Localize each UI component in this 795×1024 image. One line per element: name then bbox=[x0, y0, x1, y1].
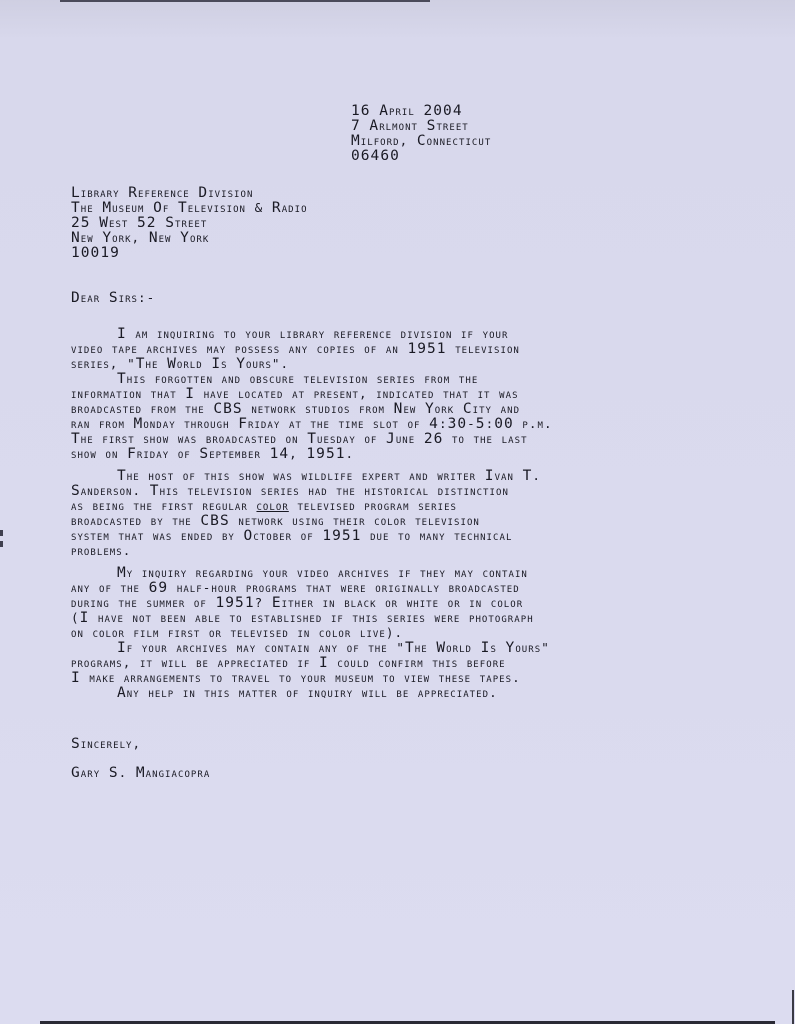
sender-city-state: Milford, Connecticut bbox=[351, 133, 491, 149]
underlined-word: color bbox=[256, 498, 288, 513]
body-line: ran from Monday through Friday at the ti… bbox=[71, 416, 553, 432]
recipient-line: 25 West 52 Street bbox=[71, 215, 207, 231]
recipient-line: 10019 bbox=[71, 245, 120, 261]
body-line: Any help in this matter of inquiry will … bbox=[117, 685, 498, 701]
signature-name: Gary S. Mangiacopra bbox=[71, 765, 210, 781]
body-line: series, "The World Is Yours". bbox=[71, 356, 289, 372]
sender-zip: 06460 bbox=[351, 148, 400, 164]
body-line: My inquiry regarding your video archives… bbox=[117, 565, 528, 581]
letter-page: 16 April 2004 7 Arlmont Street Milford, … bbox=[0, 0, 795, 1024]
body-text: televised program series bbox=[289, 498, 457, 513]
letter-date: 16 April 2004 bbox=[351, 103, 463, 119]
sender-street: 7 Arlmont Street bbox=[351, 118, 469, 134]
salutation: Dear Sirs:- bbox=[71, 290, 155, 306]
scan-edge-right bbox=[792, 990, 794, 1024]
body-line: The first show was broadcasted on Tuesda… bbox=[71, 431, 528, 447]
body-line: I make arrangements to travel to your mu… bbox=[71, 670, 521, 686]
body-line: during the summer of 1951? Either in bla… bbox=[71, 595, 523, 611]
body-line: programs, it will be appreciated if I co… bbox=[71, 655, 506, 671]
body-line: I am inquiring to your library reference… bbox=[117, 326, 509, 342]
body-line: problems. bbox=[71, 543, 131, 558]
body-line: show on Friday of September 14, 1951. bbox=[71, 446, 354, 462]
recipient-line: The Museum Of Television & Radio bbox=[71, 200, 308, 216]
body-line: The host of this show was wildlife exper… bbox=[117, 468, 541, 484]
closing: Sincerely, bbox=[71, 736, 141, 752]
binder-hole-mark bbox=[0, 541, 3, 547]
body-line: (I have not been able to established if … bbox=[71, 610, 534, 626]
body-line: any of the 69 half-hour programs that we… bbox=[71, 580, 520, 596]
binder-hole-mark bbox=[0, 530, 3, 536]
body-text: as being the first regular bbox=[71, 498, 256, 513]
body-line: This forgotten and obscure television se… bbox=[117, 371, 478, 387]
recipient-line: New York, New York bbox=[71, 230, 209, 246]
body-line: If your archives may contain any of the … bbox=[117, 640, 550, 656]
body-line: system that was ended by October of 1951… bbox=[71, 528, 512, 544]
recipient-line: Library Reference Division bbox=[71, 185, 253, 201]
body-line: as being the first regular color televis… bbox=[71, 498, 457, 513]
body-line: on color film first or televised in colo… bbox=[71, 625, 403, 640]
body-line: video tape archives may possess any copi… bbox=[71, 341, 520, 357]
body-line: broadcasted from the CBS network studios… bbox=[71, 401, 520, 417]
body-line: information that I have located at prese… bbox=[71, 386, 519, 402]
scan-edge-top bbox=[60, 0, 430, 2]
body-line: Sanderson. This television series had th… bbox=[71, 483, 509, 499]
body-line: broadcasted by the CBS network using the… bbox=[71, 513, 480, 529]
